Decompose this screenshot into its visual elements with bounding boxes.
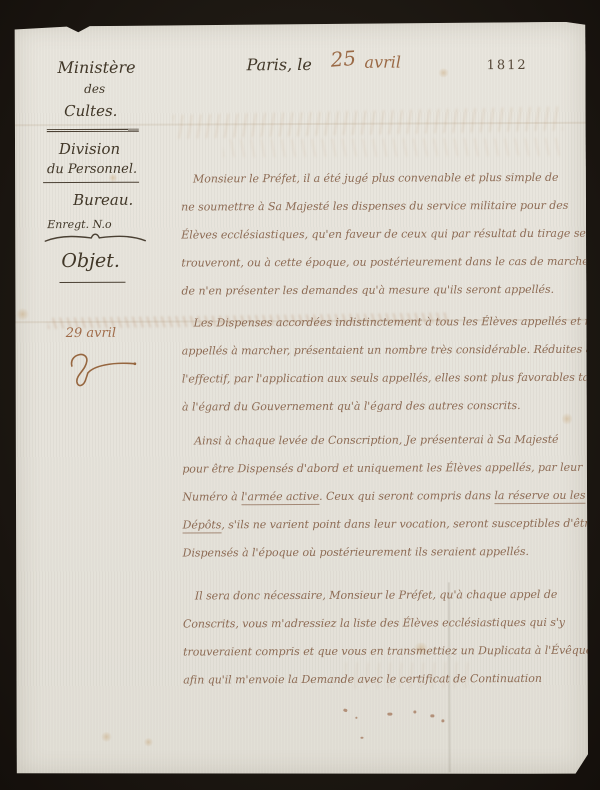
dateline-place: Paris, le [246, 55, 311, 74]
dateline-day: 25 [330, 46, 357, 72]
body-line: Numéro à l'armée active. Ceux qui seront… [182, 482, 564, 512]
body-line: Élèves ecclésiastiques, qu'en faveur de … [181, 220, 563, 250]
body-line: appellés à marcher, présentaient un nomb… [182, 336, 564, 366]
division-label: Division [59, 140, 120, 158]
ink-spot [441, 719, 444, 722]
division-underline [43, 182, 139, 183]
objet-underline [59, 282, 125, 283]
photo-background: Ministère des Cultes. Division du Person… [0, 0, 600, 790]
body-line: Ainsi à chaque levée de Conscription, Je… [182, 426, 564, 456]
body-line: Il sera donc nécessaire, Monsieur le Pré… [183, 581, 565, 611]
ink-spot [360, 737, 363, 739]
body-line-segment: , s'ils ne varient point dans leur vocat… [221, 517, 596, 532]
ink-spot [413, 710, 416, 713]
body-line: ne soumettre à Sa Majesté les dispenses … [181, 192, 563, 222]
letterhead-divider [47, 129, 139, 132]
body-line: à l'égard du Gouvernement qu'à l'égard d… [182, 392, 564, 422]
body-line: pour être Dispensés d'abord et uniquemen… [182, 454, 564, 484]
foxing-stain [16, 308, 30, 320]
body-line-segment: . Ceux qui seront compris dans [319, 489, 494, 503]
ink-offset-marks [12, 22, 585, 25]
ministry-name-line2: des [84, 82, 105, 96]
body-line: Les Dispenses accordées indistinctement … [182, 308, 564, 338]
paragraph: Ainsi à chaque levée de Conscription, Je… [182, 426, 565, 568]
body-line: Dépôts, s'ils ne varient point dans leur… [182, 510, 564, 540]
ink-spot [430, 714, 434, 717]
body-line-segment: Numéro à [182, 490, 241, 503]
ink-spot [387, 713, 392, 716]
margin-received-date: 29 avril [66, 326, 116, 341]
paraph-flourish [64, 350, 144, 398]
body-line: trouveraient compris et que vous en tran… [183, 637, 565, 667]
enregistrement-label: Enregt. N.o [47, 218, 111, 231]
foxing-stain [438, 68, 450, 77]
fold-crease [13, 122, 586, 127]
ink-bleedthrough [223, 138, 563, 157]
body-line: trouveront, ou à cette époque, ou postér… [181, 248, 563, 278]
ink-spot [355, 717, 357, 719]
ministry-name-line3: Cultes. [64, 102, 117, 120]
foxing-stain [100, 732, 112, 742]
body-line: Conscrits, vous m'adressiez la liste des… [183, 609, 565, 639]
ink-spot [343, 708, 348, 712]
letter-body: Monsieur le Préfet, il a été jugé plus c… [181, 164, 565, 695]
objet-label: Objet. [61, 250, 120, 272]
paragraph: Monsieur le Préfet, il a été jugé plus c… [181, 164, 564, 306]
letter-paper: Ministère des Cultes. Division du Person… [12, 22, 588, 776]
body-line: afin qu'il m'envoie la Demande avec le c… [183, 665, 565, 695]
ministry-name-line1: Ministère [57, 58, 135, 77]
paragraph: Les Dispenses accordées indistinctement … [182, 308, 564, 422]
underlined-phrase: la réserve ou les [494, 489, 585, 504]
bureau-label: Bureau. [73, 191, 133, 209]
division-value: du Personnel. [47, 162, 137, 177]
body-line: de n'en présenter les demandes qu'à mesu… [181, 276, 563, 306]
foxing-stain [143, 738, 153, 747]
body-line: l'effectif, par l'application aux seuls … [182, 364, 564, 394]
brace-glyph [43, 232, 147, 244]
underlined-phrase: Dépôts [183, 518, 222, 533]
paragraph: Il sera donc nécessaire, Monsieur le Pré… [183, 581, 565, 695]
body-line: Dispensés à l'époque où postérieurement … [183, 538, 565, 568]
underlined-phrase: l'armée active [241, 490, 319, 505]
dateline-year: 1812 [487, 58, 528, 73]
dateline-month: avril [364, 53, 401, 72]
body-line: Monsieur le Préfet, il a été jugé plus c… [181, 164, 563, 194]
